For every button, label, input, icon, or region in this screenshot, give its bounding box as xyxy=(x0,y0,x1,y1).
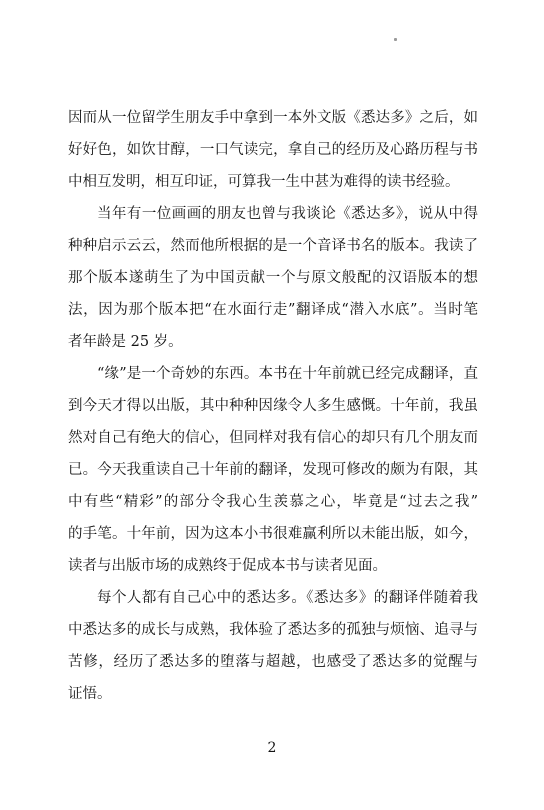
text-line: 到今天才得以出版，其中种种因缘令人多生感慨。十年前，我虽 xyxy=(68,390,478,422)
text-line: 中相互发明，相互印证，可算我一生中甚为难得的读书经验。 xyxy=(68,166,478,198)
text-line: 中有些“精彩”的部分令我心生羡慕之心，毕竟是“过去之我” xyxy=(68,486,478,518)
text-line: 已。今天我重读自己十年前的翻译，发现可修改的颇为有限，其 xyxy=(68,454,478,486)
scan-artifact-dot xyxy=(394,38,397,41)
paragraph-1: 因而从一位留学生朋友手中拿到一本外文版《悉达多》之后，如 好好色，如饮甘醇，一口… xyxy=(68,102,478,198)
text-line: 种种启示云云，然而他所根据的是一个音译书名的版本。我读了 xyxy=(68,230,478,262)
text-line: 法，因为那个版本把“在水面行走”翻译成“潜入水底”。当时笔 xyxy=(68,294,478,326)
text-line: “缘”是一个奇妙的东西。本书在十年前就已经完成翻译，直 xyxy=(68,358,478,390)
text-line: 好好色，如饮甘醇，一口气读完，拿自己的经历及心路历程与书 xyxy=(68,134,478,166)
text-line: 证悟。 xyxy=(68,678,478,710)
paragraph-4: 每个人都有自己心中的悉达多。《悉达多》的翻译伴随着我心 中悉达多的成长与成熟，我… xyxy=(68,582,478,710)
page-text-block: 因而从一位留学生朋友手中拿到一本外文版《悉达多》之后，如 好好色，如饮甘醇，一口… xyxy=(68,102,478,710)
text-line: 的手笔。十年前，因为这本小书很难赢利所以未能出版，如今， xyxy=(68,518,478,550)
page-number: 2 xyxy=(0,736,544,760)
text-line: 那个版本遂萌生了为中国贡献一个与原文般配的汉语版本的想 xyxy=(68,262,478,294)
text-line: 当年有一位画画的朋友也曾与我谈论《悉达多》，说从中得到 xyxy=(68,198,478,230)
text-line: 读者与出版市场的成熟终于促成本书与读者见面。 xyxy=(68,550,478,582)
text-line: 因而从一位留学生朋友手中拿到一本外文版《悉达多》之后，如 xyxy=(68,102,478,134)
text-line: 苦修，经历了悉达多的堕落与超越，也感受了悉达多的觉醒与 xyxy=(68,646,478,678)
text-line: 每个人都有自己心中的悉达多。《悉达多》的翻译伴随着我心 xyxy=(68,582,478,614)
text-line: 中悉达多的成长与成熟，我体验了悉达多的孤独与烦恼、追寻与 xyxy=(68,614,478,646)
text-line: 然对自己有绝大的信心，但同样对我有信心的却只有几个朋友而 xyxy=(68,422,478,454)
text-line: 者年龄是 25 岁。 xyxy=(68,326,478,358)
paragraph-3: “缘”是一个奇妙的东西。本书在十年前就已经完成翻译，直 到今天才得以出版，其中种… xyxy=(68,358,478,582)
book-page: 因而从一位留学生朋友手中拿到一本外文版《悉达多》之后，如 好好色，如饮甘醇，一口… xyxy=(0,0,544,810)
paragraph-2: 当年有一位画画的朋友也曾与我谈论《悉达多》，说从中得到 种种启示云云，然而他所根… xyxy=(68,198,478,358)
